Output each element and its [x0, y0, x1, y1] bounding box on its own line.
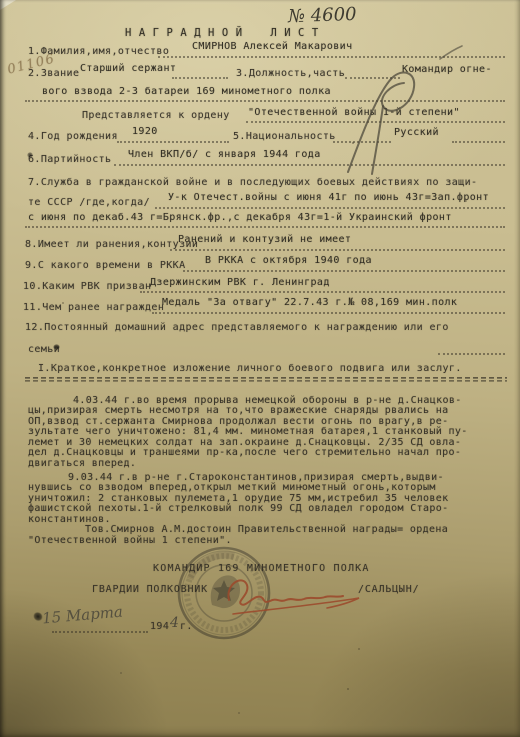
date-year-handwritten: 4 [170, 615, 179, 631]
field-rkka-value: В РККА с октября 1940 года [205, 255, 372, 266]
field-awards-value: Медаль "За отвагу" 22.7.43 г.№ 08,169 ми… [162, 297, 457, 308]
field-birth-label: 4.Год рождения [28, 131, 118, 142]
commander-signature [213, 570, 373, 628]
field-party-label: 6.Партийность [28, 154, 111, 165]
field-service-label-2: те СССР /где,когда/ [28, 197, 150, 208]
paper-corner-sliver [0, 0, 16, 10]
dotted-leader [183, 270, 505, 272]
field-service-value-2: с июня по декаб.43 г=Брянск.фр.,с декабр… [28, 212, 452, 223]
field-rank-label: 2.Звание [28, 68, 79, 79]
combat-feat-paragraph-1: 4.03.44 г.во время прорыва немецкой обор… [28, 396, 510, 469]
field-position-value-2: вого взвода 2-3 батареи 169 минометного … [42, 86, 331, 97]
dotted-leader [25, 226, 505, 228]
date-handwritten: 15 Марта [41, 603, 123, 628]
field-rvk-value: Дзержинским РВК г. Ленинград [150, 277, 330, 288]
section-divider-rule [25, 377, 507, 382]
field-rkka-label: 9.С какого времени в РККА [25, 260, 186, 271]
award-sheet-document: № 4600 01106 Н А Г Р А Д Н О Й Л И С Т 1… [0, 0, 520, 737]
registration-number: № 4600 [288, 4, 357, 27]
presented-label: Представляется к ордену [82, 110, 230, 121]
field-address-label-1: 12.Постоянный домашний адрес представляе… [25, 322, 449, 333]
date-year-typed: 194 [150, 621, 169, 632]
field-rank-value: Старший сержант [80, 63, 176, 74]
pencil-mark [336, 68, 454, 180]
dotted-leader [140, 291, 505, 293]
dotted-leader [155, 207, 505, 209]
date-year-suffix: г. [180, 621, 193, 632]
field-rvk-label: 10.Каким РВК призван [23, 281, 151, 292]
field-name-value: СМИРНОВ Алексей Макарович [192, 41, 353, 52]
dotted-leader [170, 249, 505, 251]
field-birth-value: 1920 [132, 126, 158, 137]
dotted-leader [172, 77, 228, 79]
field-position-label: 3.Должность,часть [236, 68, 345, 79]
section1-heading: I.Краткое,конкретное изложение личного б… [38, 363, 462, 374]
field-nationality-label: 5.Национальность [233, 131, 336, 142]
field-awards-label: 11.Чем ранее награжден [23, 302, 164, 313]
dotted-leader [52, 631, 148, 633]
document-title: Н А Г Р А Д Н О Й Л И С Т [125, 27, 319, 39]
paper-specks [0, 0, 2, 2]
field-party-value: Член ВКП/б/ с января 1944 года [128, 149, 321, 160]
field-name-label: 1.Фамилия,имя,отчество [28, 46, 169, 57]
dotted-leader [152, 312, 505, 314]
pencil-tick [437, 44, 465, 62]
field-wounds-value: Ранений и контузий не имеет [178, 234, 351, 245]
field-service-value-1: У-к Отечест.войны с июня 41г по июнь 43г… [168, 192, 489, 203]
dotted-leader [452, 141, 505, 143]
dotted-leader [438, 353, 505, 355]
combat-feat-paragraph-2: 9.03.44 г.в р-не г.Староконстантинов,при… [28, 473, 510, 546]
dotted-leader [117, 141, 229, 143]
